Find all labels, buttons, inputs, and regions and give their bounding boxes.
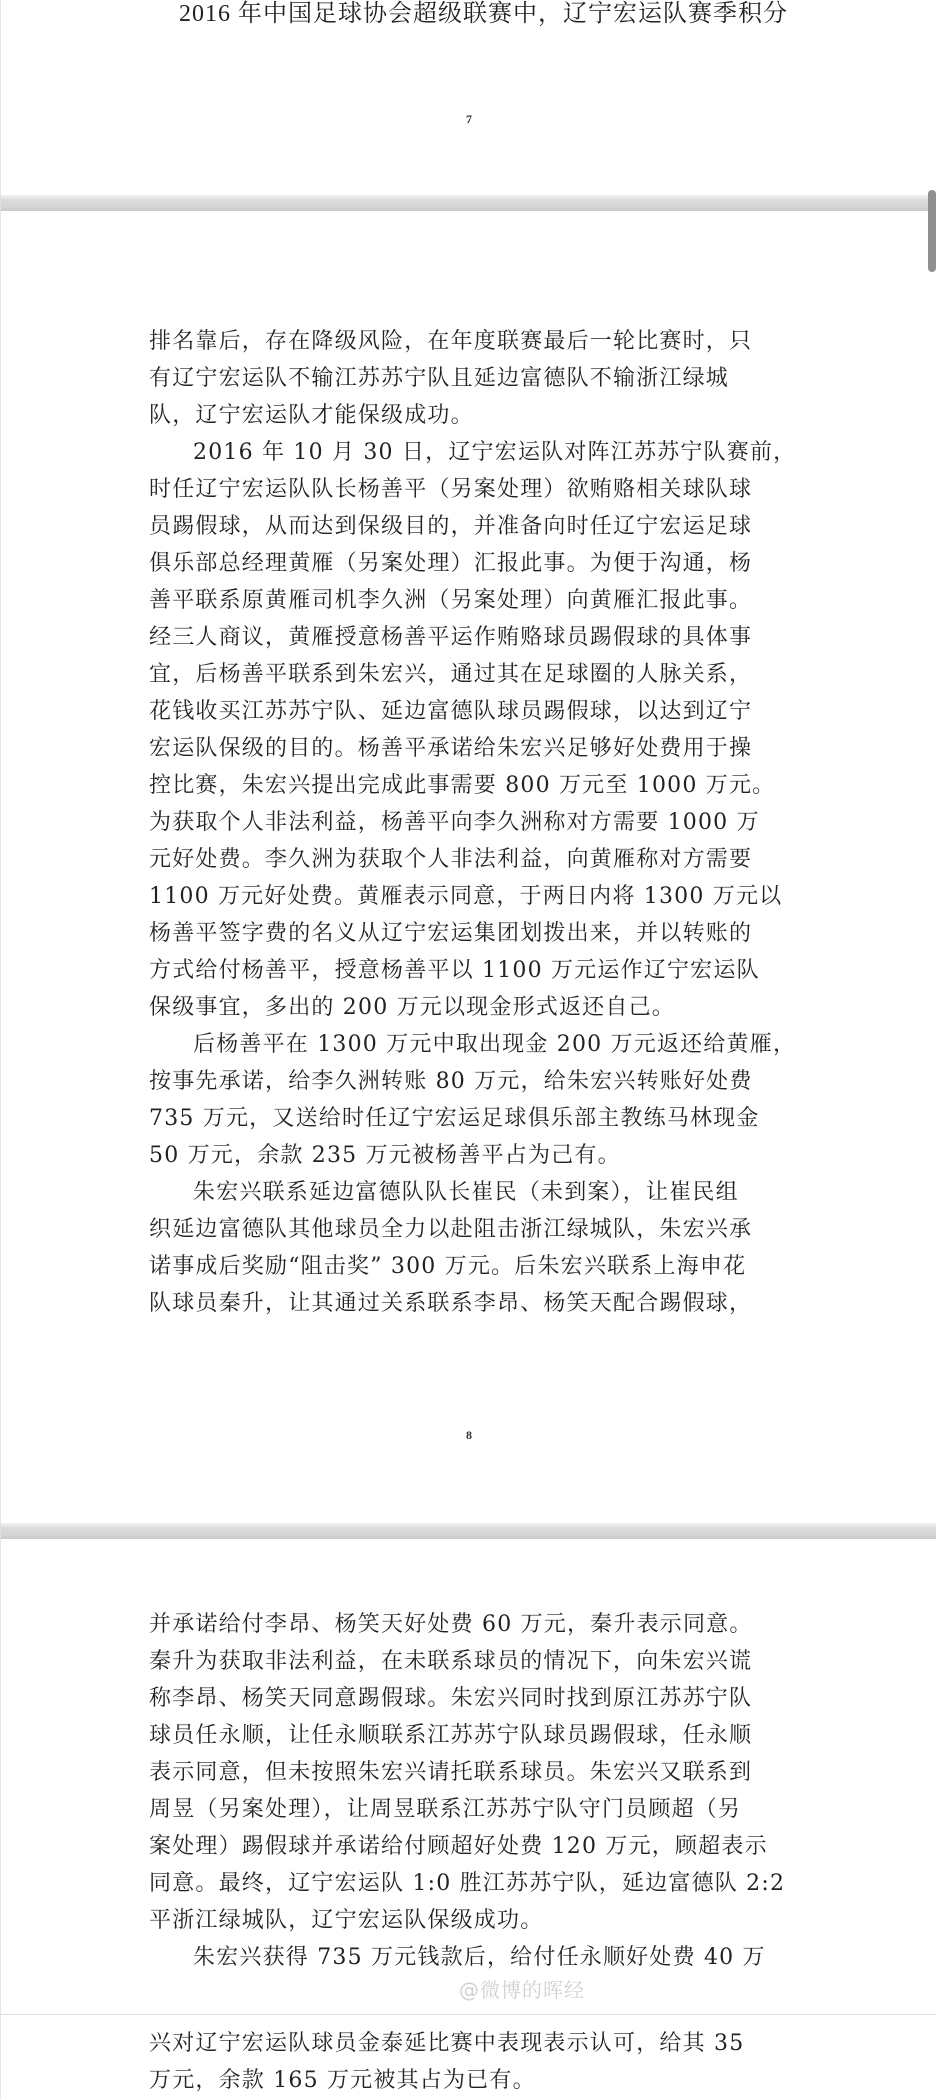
- vertical-scrollbar[interactable]: [928, 190, 936, 272]
- text-line: 员踢假球，从而达到保级目的，并准备向时任辽宁宏运足球: [149, 508, 809, 545]
- text-line: 2016 年 10 月 30 日，辽宁宏运队对阵江苏苏宁队赛前，: [149, 434, 809, 471]
- page-number-7: 7: [1, 112, 936, 127]
- screenshot-splice-line: [1, 2014, 936, 2015]
- document-viewer[interactable]: 2016 年中国足球协会超级联赛中，辽宁宏运队赛季积分 7 排名靠后，存在降级风…: [0, 0, 936, 2099]
- page-9-continuation: 兴对辽宁宏运队球员金泰延比赛中表现表示认可，给其 35 万元，余款 165 万元…: [149, 2025, 809, 2099]
- text-line: 秦升为获取非法利益，在未联系球员的情况下，向朱宏兴谎: [149, 1643, 809, 1680]
- text-line: 万元，余款 165 万元被其占为已有。: [149, 2062, 809, 2099]
- page-number-8: 8: [1, 1428, 936, 1443]
- text-line: 织延边富德队其他球员全力以赴阻击浙江绿城队，朱宏兴承: [149, 1211, 809, 1248]
- text-line: 杨善平签字费的名义从辽宁宏运集团划拨出来，并以转账的: [149, 915, 809, 952]
- text-line: 经三人商议，黄雁授意杨善平运作贿赂球员踢假球的具体事: [149, 619, 809, 656]
- text-line: 善平联系原黄雁司机李久洲（另案处理）向黄雁汇报此事。: [149, 582, 809, 619]
- text-line: 时任辽宁宏运队队长杨善平（另案处理）欲贿赂相关球队球: [149, 471, 809, 508]
- text-line: 同意。最终，辽宁宏运队 1:0 胜江苏苏宁队，延边富德队 2:2: [149, 1865, 809, 1902]
- text-line: 后杨善平在 1300 万元中取出现金 200 万元返还给黄雁，: [149, 1026, 809, 1063]
- text-line: 队，辽宁宏运队才能保级成功。: [149, 397, 809, 434]
- text-line: 50 万元，余款 235 万元被杨善平占为己有。: [149, 1137, 809, 1174]
- paragraph: 兴对辽宁宏运队球员金泰延比赛中表现表示认可，给其 35 万元，余款 165 万元…: [149, 2025, 809, 2099]
- text-line: 元好处费。李久洲为获取个人非法利益，向黄雁称对方需要: [149, 841, 809, 878]
- text-line: 控比赛，朱宏兴提出完成此事需要 800 万元至 1000 万元。: [149, 767, 809, 804]
- text-line: 球员任永顺，让任永顺联系江苏苏宁队球员踢假球，任永顺: [149, 1717, 809, 1754]
- text-line: 为获取个人非法利益，杨善平向李久洲称对方需要 1000 万: [149, 804, 809, 841]
- text-line: 排名靠后，存在降级风险，在年度联赛最后一轮比赛时，只: [149, 323, 809, 360]
- paragraph: 朱宏兴联系延边富德队队长崔民（未到案），让崔民组 织延边富德队其他球员全力以赴阻…: [149, 1174, 809, 1322]
- text-line: 并承诺给付李昂、杨笑天好处费 60 万元，秦升表示同意。: [149, 1606, 809, 1643]
- text-line: 735 万元，又送给时任辽宁宏运足球俱乐部主教练马林现金: [149, 1100, 809, 1137]
- page-9: 并承诺给付李昂、杨笑天好处费 60 万元，秦升表示同意。 秦升为获取非法利益，在…: [1, 1539, 936, 2099]
- page-separator: [1, 195, 936, 211]
- page-7: 2016 年中国足球协会超级联赛中，辽宁宏运队赛季积分 7: [1, 0, 936, 195]
- text-line: 朱宏兴联系延边富德队队长崔民（未到案），让崔民组: [149, 1174, 809, 1211]
- text-line: 表示同意，但未按照朱宏兴请托联系球员。朱宏兴又联系到: [149, 1754, 809, 1791]
- text-line: 有辽宁宏运队不输江苏苏宁队且延边富德队不输浙江绿城: [149, 360, 809, 397]
- text-line: 宏运队保级的目的。杨善平承诺给朱宏兴足够好处费用于操: [149, 730, 809, 767]
- text-line: 平浙江绿城队，辽宁宏运队保级成功。: [149, 1902, 809, 1939]
- text-line: 兴对辽宁宏运队球员金泰延比赛中表现表示认可，给其 35: [149, 2025, 809, 2062]
- text-line: 周昱（另案处理），让周昱联系江苏苏宁队守门员顾超（另: [149, 1791, 809, 1828]
- text-line: 俱乐部总经理黄雁（另案处理）汇报此事。为便于沟通，杨: [149, 545, 809, 582]
- text-line: 方式给付杨善平，授意杨善平以 1100 万元运作辽宁宏运队: [149, 952, 809, 989]
- text-line: 队球员秦升，让其通过关系联系李昂、杨笑天配合踢假球，: [149, 1285, 809, 1322]
- paragraph: 2016 年 10 月 30 日，辽宁宏运队对阵江苏苏宁队赛前， 时任辽宁宏运队…: [149, 434, 809, 1026]
- page-separator: [1, 1523, 936, 1539]
- page-8: 排名靠后，存在降级风险，在年度联赛最后一轮比赛时，只 有辽宁宏运队不输江苏苏宁队…: [1, 211, 936, 1513]
- text-line: 1100 万元好处费。黄雁表示同意，于两日内将 1300 万元以: [149, 878, 809, 915]
- paragraph: 朱宏兴获得 735 万元钱款后，给付任永顺好处费 40 万: [149, 1939, 809, 1976]
- text-line: 宜，后杨善平联系到朱宏兴，通过其在足球圈的人脉关系，: [149, 656, 809, 693]
- text-line: 诺事成后奖励“阻击奖” 300 万元。后朱宏兴联系上海申花: [149, 1248, 809, 1285]
- page-9-body: 并承诺给付李昂、杨笑天好处费 60 万元，秦升表示同意。 秦升为获取非法利益，在…: [149, 1606, 809, 1976]
- page-7-last-line: 2016 年中国足球协会超级联赛中，辽宁宏运队赛季积分: [179, 0, 788, 28]
- page-8-body: 排名靠后，存在降级风险，在年度联赛最后一轮比赛时，只 有辽宁宏运队不输江苏苏宁队…: [149, 323, 809, 1322]
- paragraph: 后杨善平在 1300 万元中取出现金 200 万元返还给黄雁， 按事先承诺，给李…: [149, 1026, 809, 1174]
- paragraph: 并承诺给付李昂、杨笑天好处费 60 万元，秦升表示同意。 秦升为获取非法利益，在…: [149, 1606, 809, 1939]
- text-line: 花钱收买江苏苏宁队、延边富德队球员踢假球，以达到辽宁: [149, 693, 809, 730]
- text-line: 按事先承诺，给李久洲转账 80 万元，给朱宏兴转账好处费: [149, 1063, 809, 1100]
- text-line: 案处理）踢假球并承诺给付顾超好处费 120 万元，顾超表示: [149, 1828, 809, 1865]
- text-line: 称李昂、杨笑天同意踢假球。朱宏兴同时找到原江苏苏宁队: [149, 1680, 809, 1717]
- paragraph: 排名靠后，存在降级风险，在年度联赛最后一轮比赛时，只 有辽宁宏运队不输江苏苏宁队…: [149, 323, 809, 434]
- text-line: 朱宏兴获得 735 万元钱款后，给付任永顺好处费 40 万: [149, 1939, 809, 1976]
- text-line: 保级事宜，多出的 200 万元以现金形式返还自己。: [149, 989, 809, 1026]
